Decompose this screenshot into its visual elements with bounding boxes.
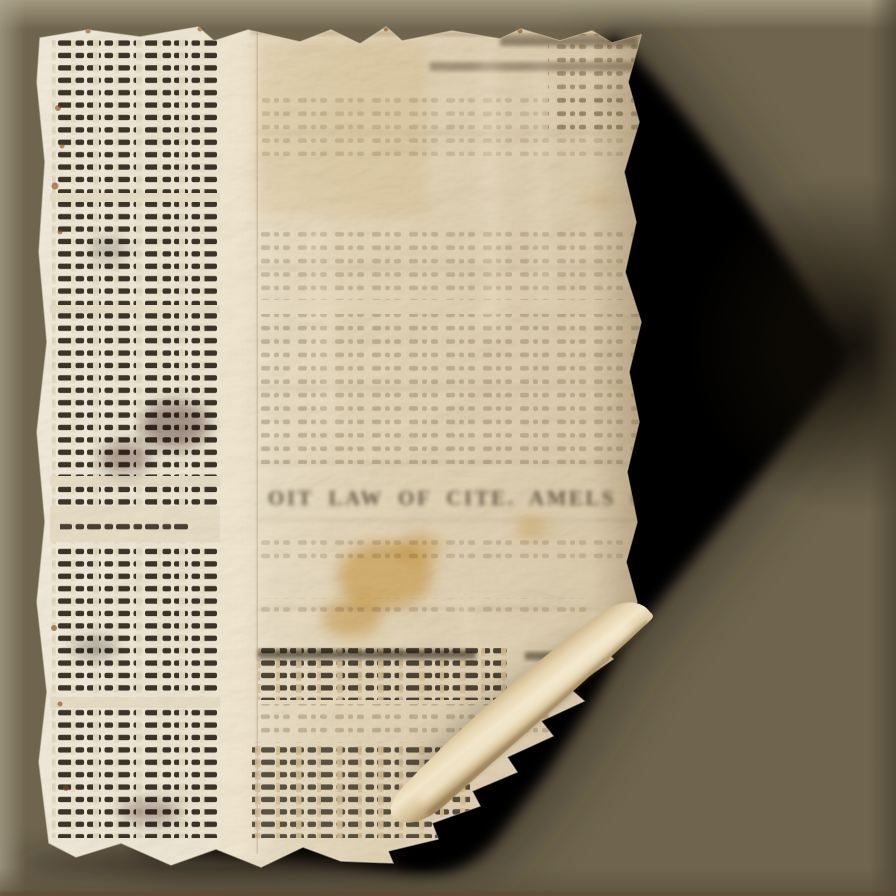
screenshot-root: OIT LAW OF CITE. AMELS OU TIGA: [0, 0, 896, 896]
newspaper-scene: OIT LAW OF CITE. AMELS OU TIGA: [0, 0, 896, 896]
